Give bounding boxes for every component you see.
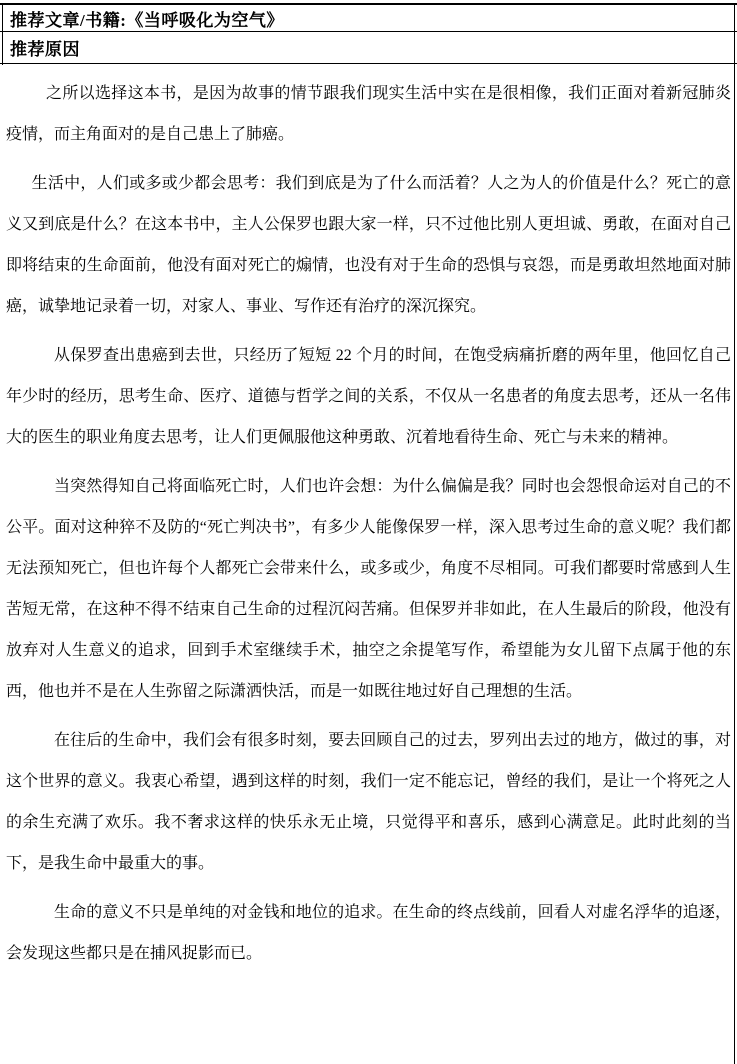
paragraph-6: 生命的意义不只是单纯的对金钱和地位的追求。在生命的终点线前，回看人对虚名浮华的追…: [6, 892, 731, 974]
section-header: 推荐原因: [10, 35, 80, 60]
document-body: 之所以选择这本书，是因为故事的情节跟我们现实生活中实在是很相像，我们正面对着新冠…: [0, 64, 737, 974]
reason-header-row: 推荐原因: [0, 32, 737, 64]
paragraph-5: 在往后的生命中，我们会有很多时刻，要去回顾自己的过去，罗列出去过的地方，做过的事…: [6, 720, 731, 884]
table: 推荐文章/书籍:《当呼吸化为空气》 推荐原因 之所以选择这本书，是因为故事的情节…: [0, 5, 737, 974]
document-title: 推荐文章/书籍:《当呼吸化为空气》: [10, 6, 284, 31]
paragraph-2: 生活中，人们或多或少都会思考：我们到底是为了什么而活着？人之为人的价值是什么？死…: [6, 163, 731, 327]
paragraph-1: 之所以选择这本书，是因为故事的情节跟我们现实生活中实在是很相像，我们正面对着新冠…: [6, 73, 731, 155]
title-row: 推荐文章/书籍:《当呼吸化为空气》: [0, 5, 737, 32]
paragraph-4: 当突然得知自己将面临死亡时，人们也许会想：为什么偏偏是我？同时也会怨恨命运对自己…: [6, 466, 731, 712]
paragraph-3: 从保罗查出患癌到去世，只经历了短短 22 个月的时间，在饱受病痛折磨的两年里，他…: [6, 335, 731, 458]
document-page: 推荐文章/书籍:《当呼吸化为空气》 推荐原因 之所以选择这本书，是因为故事的情节…: [0, 0, 737, 1064]
